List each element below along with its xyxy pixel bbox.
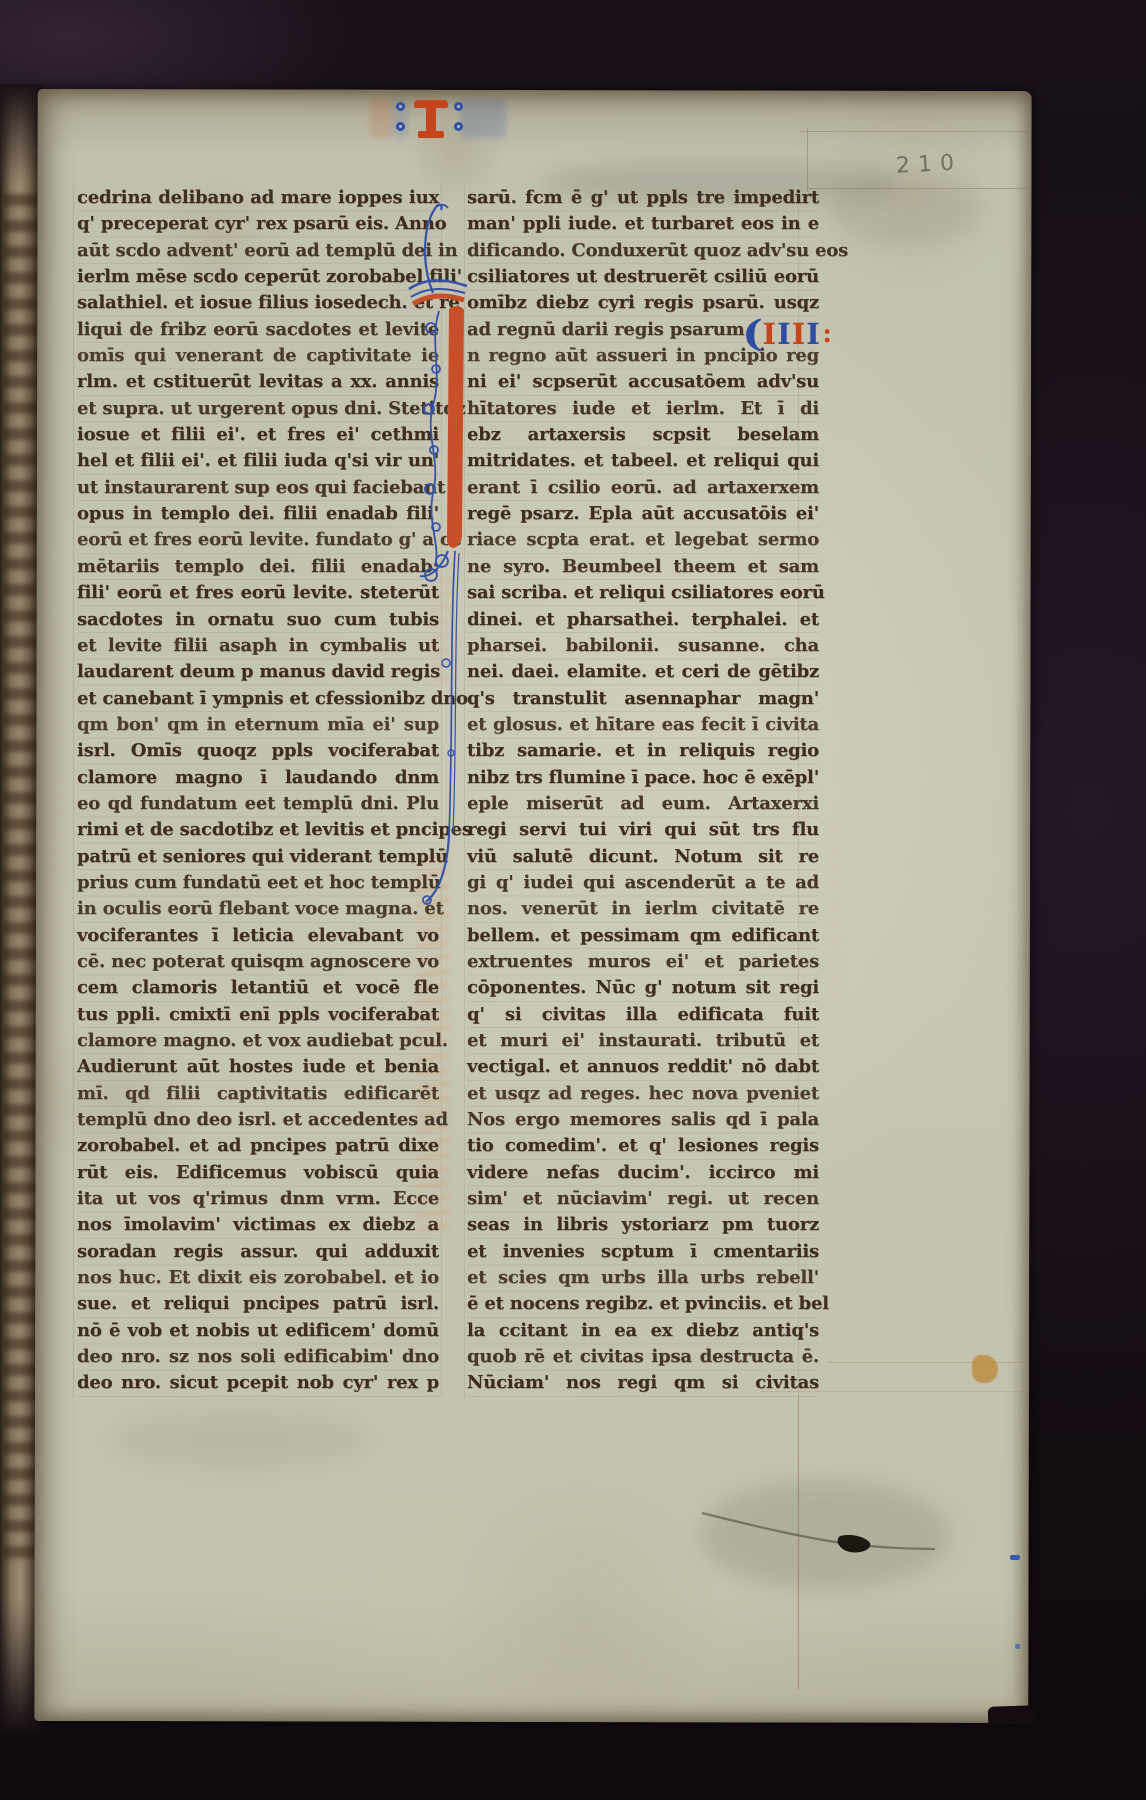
text-line: nibz trs flumine ī pace. hoc ē exēpl' [467, 765, 819, 791]
text-line: quob rē et civitas ipsa destructa ē. [467, 1344, 819, 1370]
blue-speck [1015, 1644, 1020, 1649]
ink-blot [838, 1535, 871, 1552]
blue-speck [1010, 1555, 1020, 1560]
blue-dot [396, 102, 405, 111]
text-line: et levite filii asaph in cymbalis ut [77, 633, 439, 659]
text-line: omībz diebz cyri regis psarū. usqz [467, 290, 819, 316]
offset-ghost-blue [460, 98, 506, 138]
show-through-smudge [830, 175, 980, 245]
text-line: vociferantes ī leticia elevabant vo [77, 923, 439, 949]
text-line: tio comedim'. et q' lesiones regis [467, 1133, 819, 1159]
text-line: laudarent deum p manus david regis [77, 659, 439, 685]
blue-dot [396, 122, 405, 131]
ink-blot-group [690, 1495, 970, 1565]
text-line: sacdotes in ornatu suo cum tubis [77, 607, 439, 633]
text-line: ad regnū darii regis psarum [467, 317, 743, 343]
text-line: rimi et de sacdotibz et levitis et pncip… [77, 817, 439, 843]
text-line: gi q' iudei qui ascenderūt a te ad [467, 870, 819, 896]
text-line: ebz artaxersis scpsit beselam [467, 422, 819, 448]
text-line: aūt scdo advent' eorū ad templū dei in [77, 238, 439, 264]
numeral-digit: I [777, 317, 791, 351]
text-line: et invenies scptum ī cmentariis [467, 1239, 819, 1265]
manuscript-photo: I 210 cedrina delibano ad mare ioppes iu… [0, 0, 1146, 1800]
text-line: liqui de fribz eorū sacdotes et levite [77, 317, 439, 343]
running-title: I [352, 92, 512, 148]
text-line: soradan regis assur. qui adduxit [77, 1239, 439, 1265]
text-line: mētariis templo dei. filii enadab: [77, 554, 439, 580]
text-line: q' preceperat cyr' rex psarū eis. Anno [77, 211, 439, 237]
text-line: q' si civitas illa edificata fuit [467, 1002, 819, 1028]
text-line: patrū et seniores qui viderant templū [77, 844, 439, 870]
penwork-serif [409, 280, 467, 289]
text-line: ne syro. Beumbeel theem et sam [467, 554, 819, 580]
text-line: erant ī csilio eorū. ad artaxerxem [467, 475, 819, 501]
text-line: q's transtulit asennaphar magn' [467, 686, 819, 712]
penwork-colon-left [396, 100, 406, 138]
text-line: clamore magno. et vox audiebat pcul. [77, 1028, 439, 1054]
text-line: ē et nocens regibz. et pvinciis. et bel [467, 1291, 819, 1317]
text-line: opus in templo dei. filii enadab fili' [77, 501, 439, 527]
text-line: sarū. fcm ē g' ut ppls tre impedirt [467, 185, 819, 211]
offset-stain [826, 820, 842, 1020]
text-line: Nos ergo memores salis qd ī pala [467, 1107, 819, 1133]
text-line: sue. et reliqui pncipes patrū isrl. [77, 1291, 439, 1317]
text-line: mī. qd filii captivitatis edificarēt [77, 1081, 439, 1107]
illuminated-initial-I: I [403, 193, 483, 923]
text-line: cōponentes. Nūc g' notum sit regi [467, 975, 819, 1001]
text-line: et glosus. et hītare eas fecit ī civita [467, 712, 819, 738]
text-line: ut instaurarent sup eos qui faciebant [77, 475, 439, 501]
paraph-mark: ( [742, 316, 763, 352]
text-line: cē. nec poterat quisqm agnoscere vo [77, 949, 439, 975]
chapter-numeral: ( I I I I : [744, 314, 832, 354]
text-line: ierlm mēse scdo ceperūt zorobabel fili' [77, 264, 439, 290]
numeral-digit: I [792, 317, 806, 351]
text-line: hel et filii ei'. et filii iuda q'si vir… [77, 448, 439, 474]
text-line: clamore magno ī laudando dnm [77, 765, 439, 791]
text-line: extruentes muros ei' et parietes [467, 949, 819, 975]
text-line: omīs qui venerant de captivitate ie [77, 343, 439, 369]
text-line: deo nro. sz nos soli edificabim' dno [77, 1344, 439, 1370]
text-line: sim' et nūciavim' regi. ut recen [467, 1186, 819, 1212]
stain [972, 1355, 998, 1383]
text-column-right: sarū. fcm ē g' ut ppls tre impedirtman' … [467, 185, 819, 1397]
text-line: dinei. et pharsathei. terphalei. et [467, 607, 819, 633]
text-line: eorū et fres eorū levite. fundato g' a c… [77, 527, 439, 553]
numeral-colon: : [822, 319, 832, 349]
text-line: seas in libris ystoriarz pm tuorz [467, 1212, 819, 1238]
text-line: iosue et filii ei'. et fres ei' cethmi [77, 422, 439, 448]
text-line: nos. venerūt in ierlm civitatē re [467, 896, 819, 922]
text-line: Audierunt aūt hostes iude et benia [77, 1054, 439, 1080]
text-line: pharsei. babilonii. susanne. cha [467, 633, 819, 659]
text-line: rlm. et cstituerūt levitas a xx. annis [77, 369, 439, 395]
text-line: dificando. Conduxerūt quoz adv'su eos [467, 238, 819, 264]
offset-ghost-red [370, 98, 392, 138]
text-line: zorobabel. et ad pncipes patrū dixe [77, 1133, 439, 1159]
page-edge-notch [988, 1705, 1037, 1725]
text-line: man' ppli iude. et turbaret eos in e [467, 211, 819, 237]
text-line: sai scriba. et reliqui csiliatores eorū [467, 580, 819, 606]
ruling-line [800, 131, 1028, 132]
text-line: cem clamoris letantiū et vocē fle [77, 975, 439, 1001]
text-line: ita ut vos q'rimus dnm vrm. Ecce [77, 1186, 439, 1212]
offset-stain [48, 620, 62, 1140]
text-line: hītatores iude et ierlm. Et ī di [467, 396, 819, 422]
blue-dot [454, 122, 463, 131]
text-line: regē psarz. Epla aūt accusatōis ei' [467, 501, 819, 527]
text-line: tibz samarie. et in reliquis regio [467, 738, 819, 764]
text-line: viū salutē dicunt. Notum sit re [467, 844, 819, 870]
text-line: qm bon' qm in eternum mīa ei' sup [77, 712, 439, 738]
text-line: mitridates. et tabeel. et reliqui qui [467, 448, 819, 474]
ruling-line [828, 1362, 1028, 1363]
text-line: isrl. Omīs quoqz ppls vociferabat [77, 738, 439, 764]
text-line: Nūciam' nos regi qm si civitas [467, 1370, 819, 1396]
text-line: templū dno deo isrl. et accedentes ad [77, 1107, 439, 1133]
text-line: csiliatores ut destruerēt csiliū eorū [467, 264, 819, 290]
penwork-curl [426, 323, 436, 333]
text-line: et canebant ī ympnis et cfessionibz dno [77, 686, 439, 712]
penwork-curl [442, 659, 450, 667]
running-title-letter: I [414, 100, 448, 138]
text-line: bellem. et pessimam qm edificant [467, 923, 819, 949]
text-line: in oculis eorū flebant voce magna. et [77, 896, 439, 922]
text-line: et muri ei' instaurati. tributū et [467, 1028, 819, 1054]
text-line: eple miserūt ad eum. Artaxerxi [467, 791, 819, 817]
ruling-line [73, 185, 74, 1397]
text-column-left: cedrina delibano ad mare ioppes iuxq' pr… [77, 185, 439, 1397]
text-line: et usqz ad reges. hec nova pveniet [467, 1081, 819, 1107]
text-line: tus ppli. cmixtī enī ppls vociferabat [77, 1002, 439, 1028]
scratch-line [702, 1513, 935, 1549]
text-line: prius cum fundatū eet et hoc templū [77, 870, 439, 896]
text-line: deo nro. sicut pcepit nob cyr' rex p [77, 1370, 439, 1396]
text-line: rūt eis. Edificemus vobiscū quia [77, 1160, 439, 1186]
text-line: et scies qm urbs illa urbs rebell' [467, 1265, 819, 1291]
text-line: la ccitant in ea ex diebz antiq's [467, 1318, 819, 1344]
blue-dot [454, 102, 463, 111]
numeral-digit: I [763, 317, 777, 351]
text-line: videre nefas ducim'. iccirco mi [467, 1160, 819, 1186]
text-line: eo qd fundatum eet templū dni. Plu [77, 791, 439, 817]
penwork-tail-hook [426, 835, 449, 902]
text-line: fili' eorū et fres eorū levite. steterūt [77, 580, 439, 606]
numeral-digit: I [806, 317, 820, 351]
initial-body [447, 306, 464, 548]
letter-serif-base [418, 131, 444, 138]
text-line: cedrina delibano ad mare ioppes iux [77, 185, 439, 211]
text-line: riace scpta erat. et legebat sermo [467, 527, 819, 553]
text-line: nei. daei. elamite. et ceri de gētibz [467, 659, 819, 685]
initial-serif-red [413, 296, 464, 304]
text-line: nos huc. Et dixit eis zorobabel. et io [77, 1265, 439, 1291]
text-line: nō ē vob et nobis ut edificem' domū [77, 1318, 439, 1344]
text-line: vectigal. et annuos reddit' nō dabt [467, 1054, 819, 1080]
text-line: regi servi tui viri qui sūt trs flu [467, 817, 819, 843]
text-line: ni ei' scpserūt accusatōem adv'su [467, 369, 819, 395]
show-through-smudge [110, 1410, 370, 1470]
penwork-colon-right [454, 100, 464, 138]
text-line: salathiel. et iosue filius iosedech. et … [77, 290, 439, 316]
text-line: nos īmolavim' victimas ex diebz a [77, 1212, 439, 1238]
text-line: et supra. ut urgerent opus dni. Stetitqz [77, 396, 439, 422]
